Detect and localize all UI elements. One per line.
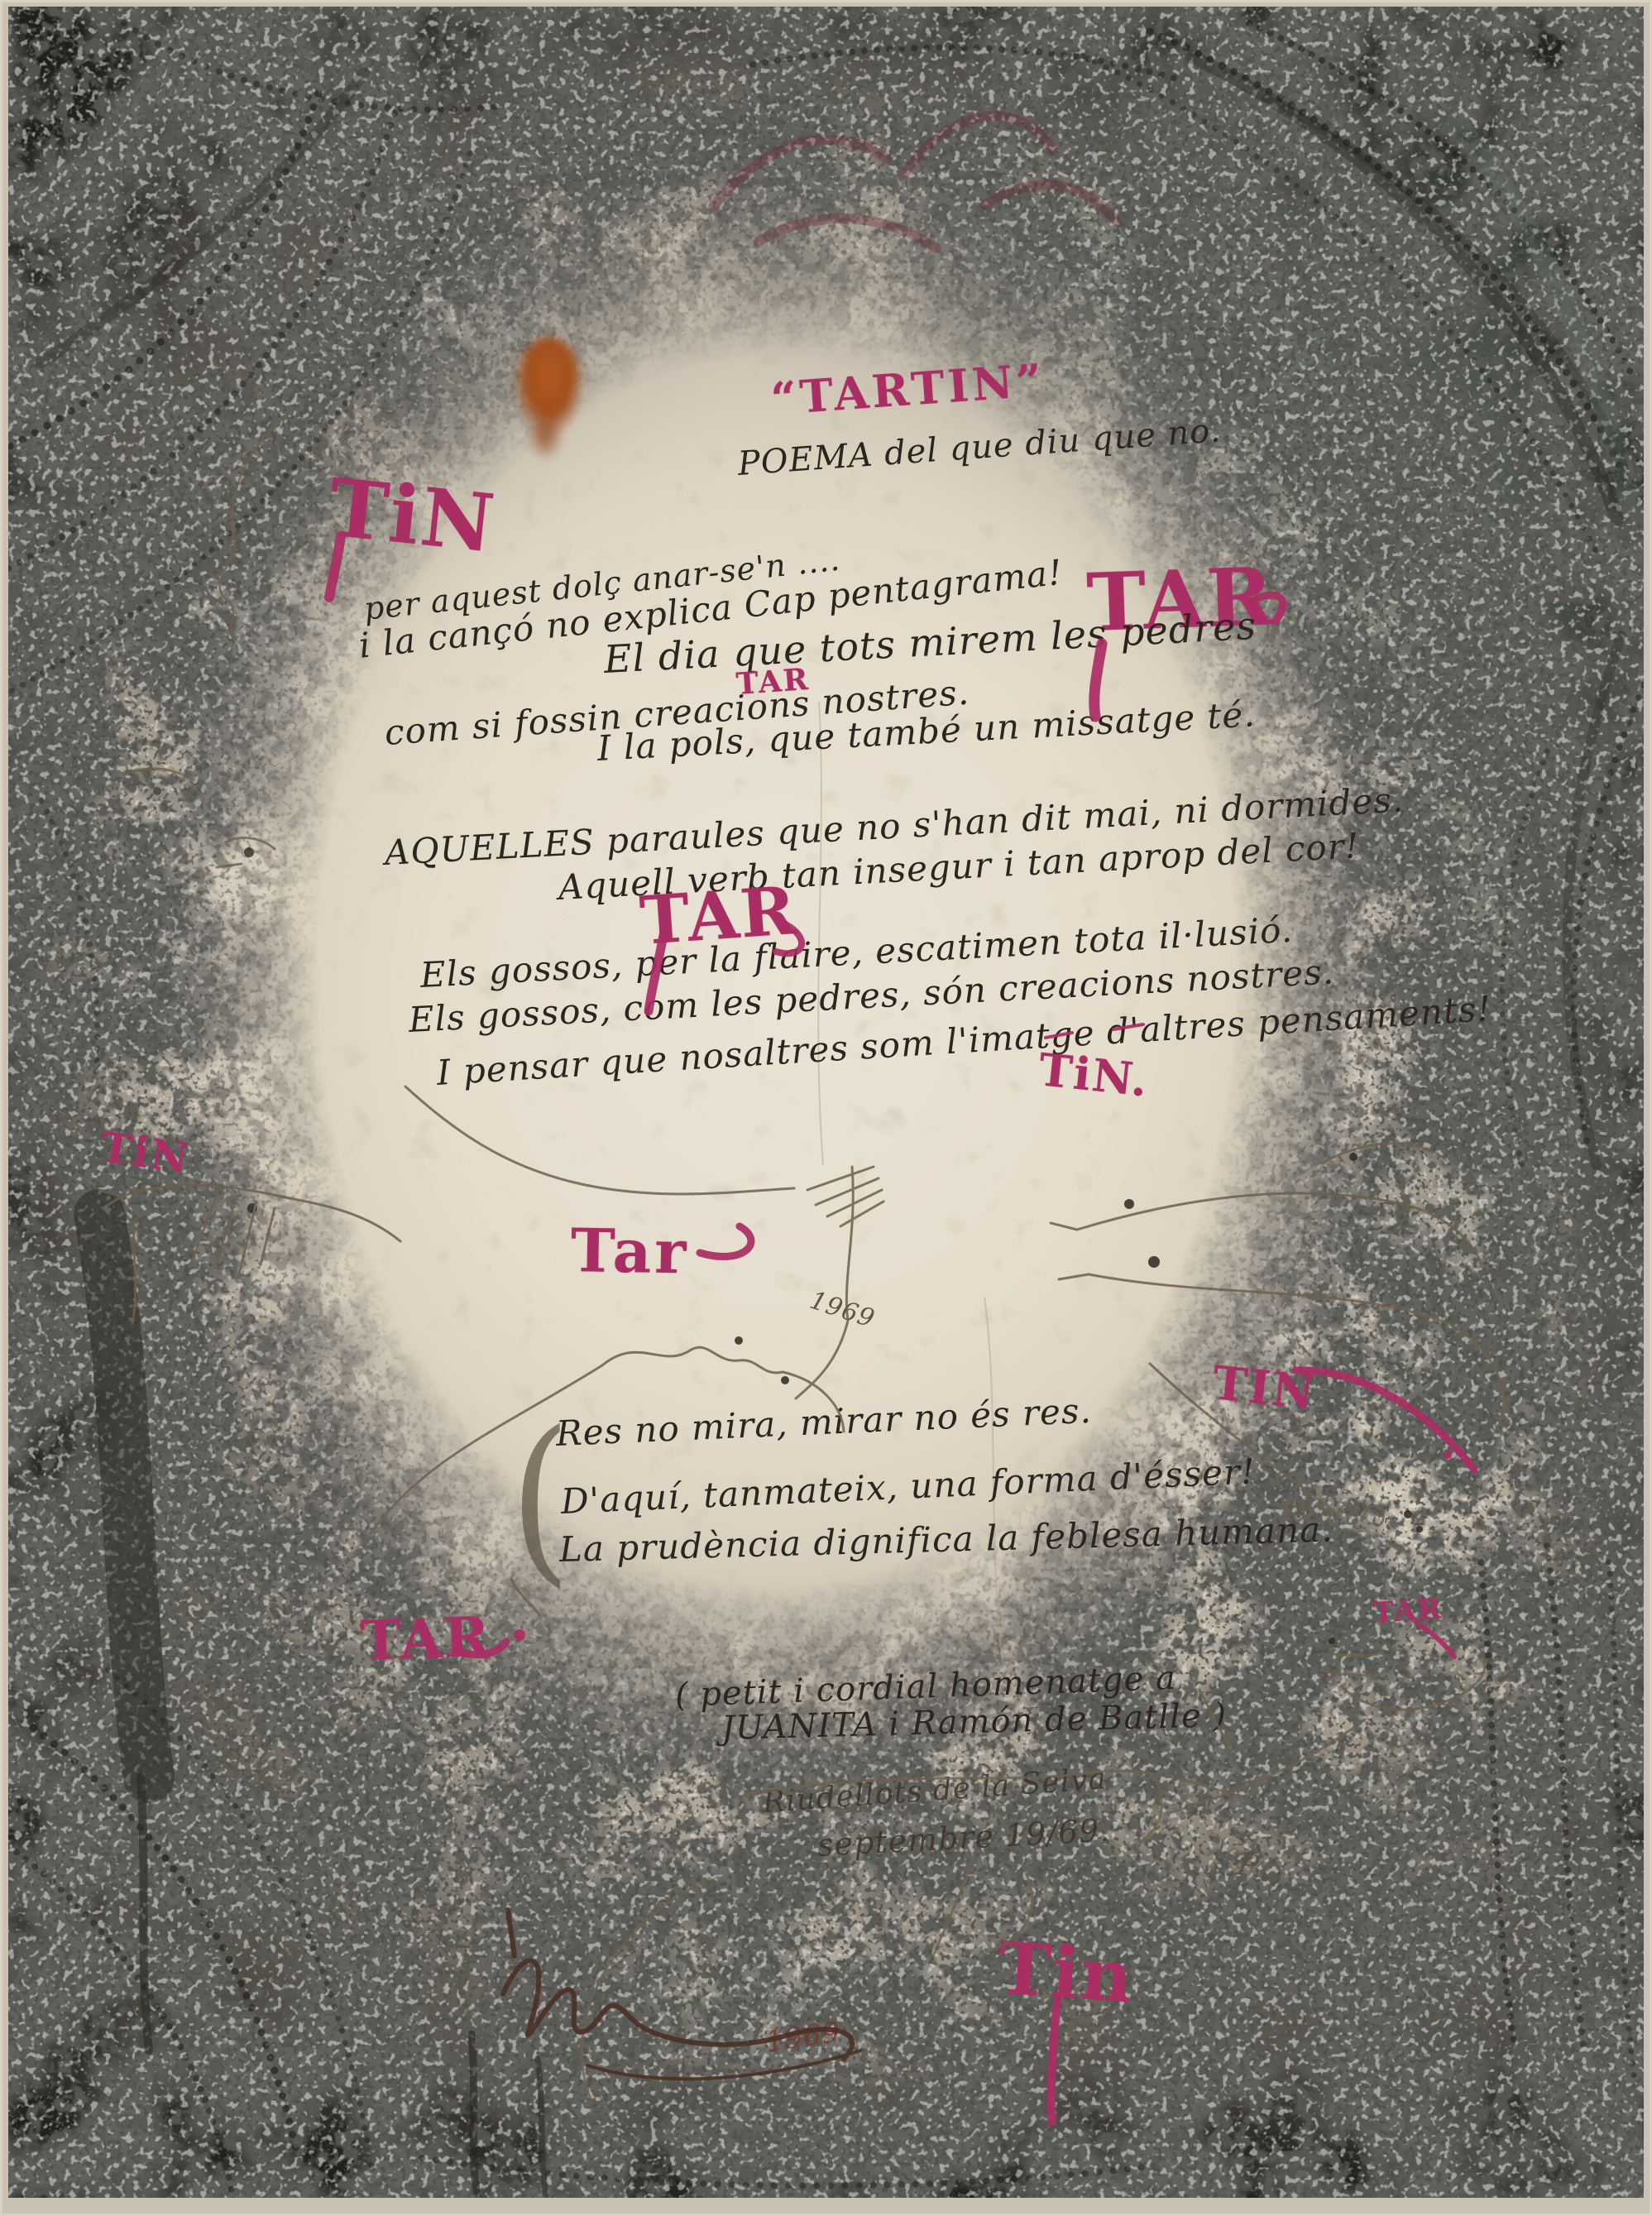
painting-canvas: “TARTIN” POEMA del que diu que no. TiN p… bbox=[8, 7, 1644, 2198]
pencil-face-sketch bbox=[124, 419, 283, 867]
sketch-linework bbox=[8, 7, 1644, 2198]
magenta-flourishes bbox=[329, 536, 1474, 2122]
pencil-bird-sketches bbox=[99, 1086, 1504, 1814]
artist-signature bbox=[503, 1910, 860, 2079]
artwork-photo: “TARTIN” POEMA del que diu que no. TiN p… bbox=[0, 0, 1652, 2216]
